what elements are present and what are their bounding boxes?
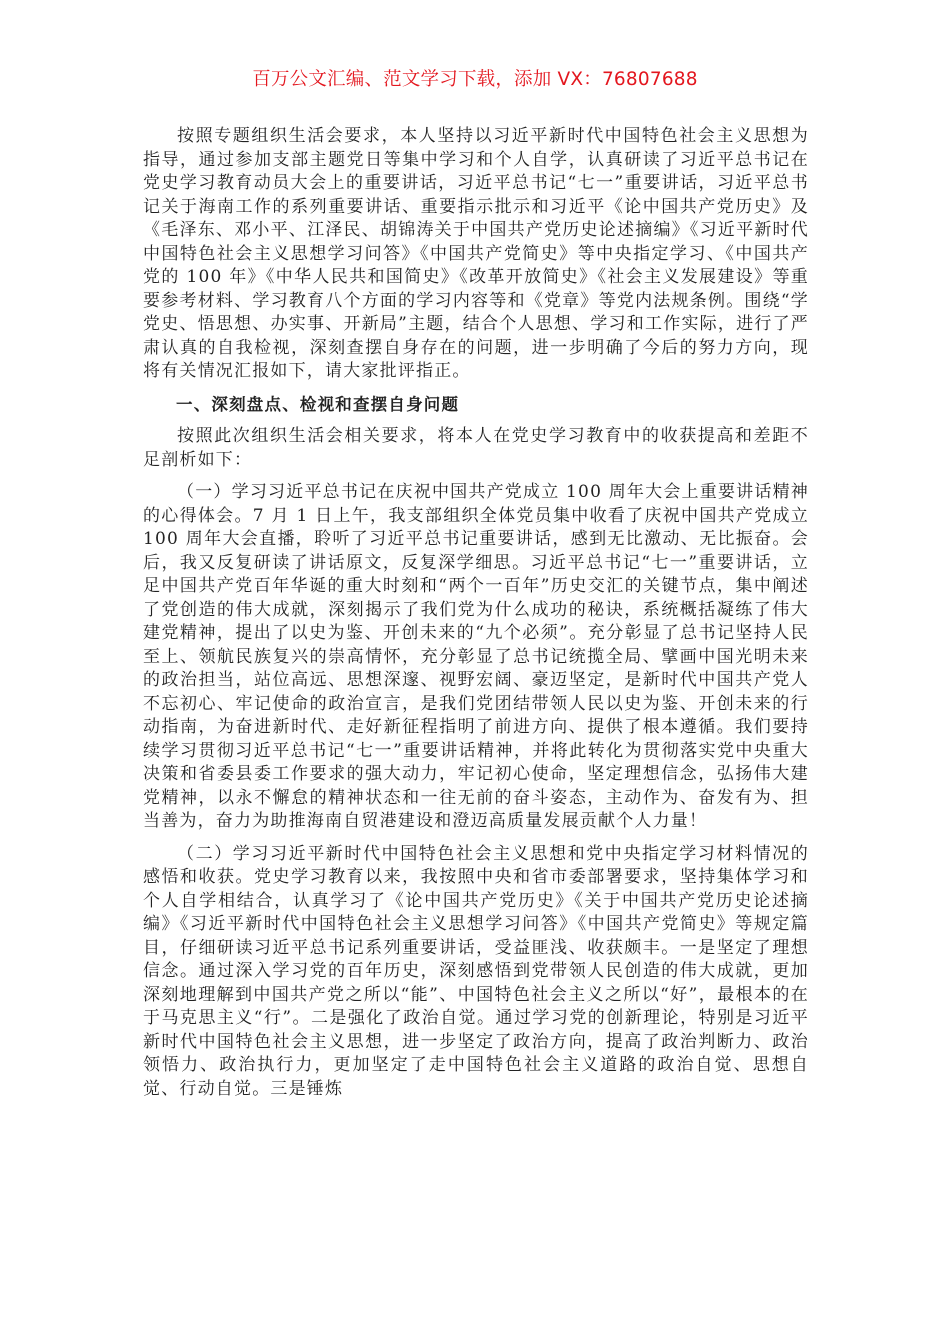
section-intro-paragraph: 按照此次组织生活会相关要求，将本人在党史学习教育中的收获提高和差距不足剖析如下： bbox=[143, 425, 809, 472]
document-body: 按照专题组织生活会要求，本人坚持以习近平新时代中国特色社会主义思想为指导，通过参… bbox=[143, 125, 809, 1110]
subsection-1-paragraph: （一）学习习近平总书记在庆祝中国共产党成立 100 周年大会上重要讲话精神的心得… bbox=[143, 481, 809, 834]
watermark-header: 百万公文汇编、范文学习下载，添加 VX：76807688 bbox=[0, 66, 950, 94]
subsection-2-paragraph: （二）学习习近平新时代中国特色社会主义思想和党中央指定学习材料情况的感悟和收获。… bbox=[143, 843, 809, 1102]
intro-paragraph: 按照专题组织生活会要求，本人坚持以习近平新时代中国特色社会主义思想为指导，通过参… bbox=[143, 125, 809, 384]
section-heading: 一、深刻盘点、检视和查摆自身问题 bbox=[143, 393, 809, 417]
document-page: 百万公文汇编、范文学习下载，添加 VX：76807688 按照专题组织生活会要求… bbox=[0, 0, 950, 1344]
